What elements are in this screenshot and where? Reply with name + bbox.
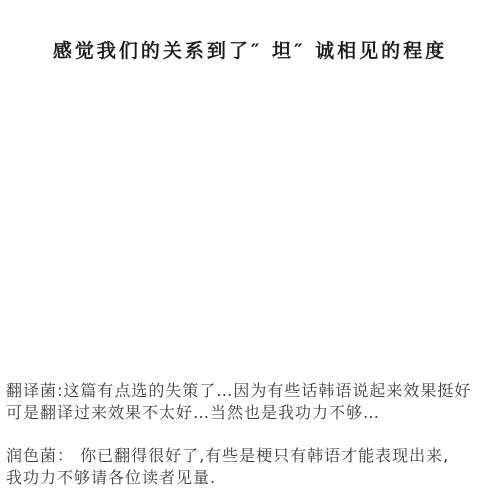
editor-note: 润色菌： 你已翻得很好了,有些是梗只有韩语才能表现出来, 我功力不够请各位读者见… xyxy=(6,445,496,489)
page-title: 感觉我们的关系到了″ 坦″ 诚相见的程度 xyxy=(0,36,500,63)
editor-note-line-1: 润色菌： 你已翻得很好了,有些是梗只有韩语才能表现出来, xyxy=(6,445,496,467)
translator-note-line-1: 翻译菌:这篇有点选的失策了…因为有些话韩语说起来效果挺好 xyxy=(6,380,496,402)
editor-note-line-2: 我功力不够请各位读者见量. xyxy=(6,467,496,489)
notes-section: 翻译菌:这篇有点选的失策了…因为有些话韩语说起来效果挺好 可是翻译过来效果不太好… xyxy=(6,380,496,489)
translator-note-line-2: 可是翻译过来效果不太好…当然也是我功力不够… xyxy=(6,402,496,424)
translator-note: 翻译菌:这篇有点选的失策了…因为有些话韩语说起来效果挺好 可是翻译过来效果不太好… xyxy=(6,380,496,424)
credit-page: 感觉我们的关系到了″ 坦″ 诚相见的程度 翻译菌:这篇有点选的失策了…因为有些话… xyxy=(0,0,500,500)
